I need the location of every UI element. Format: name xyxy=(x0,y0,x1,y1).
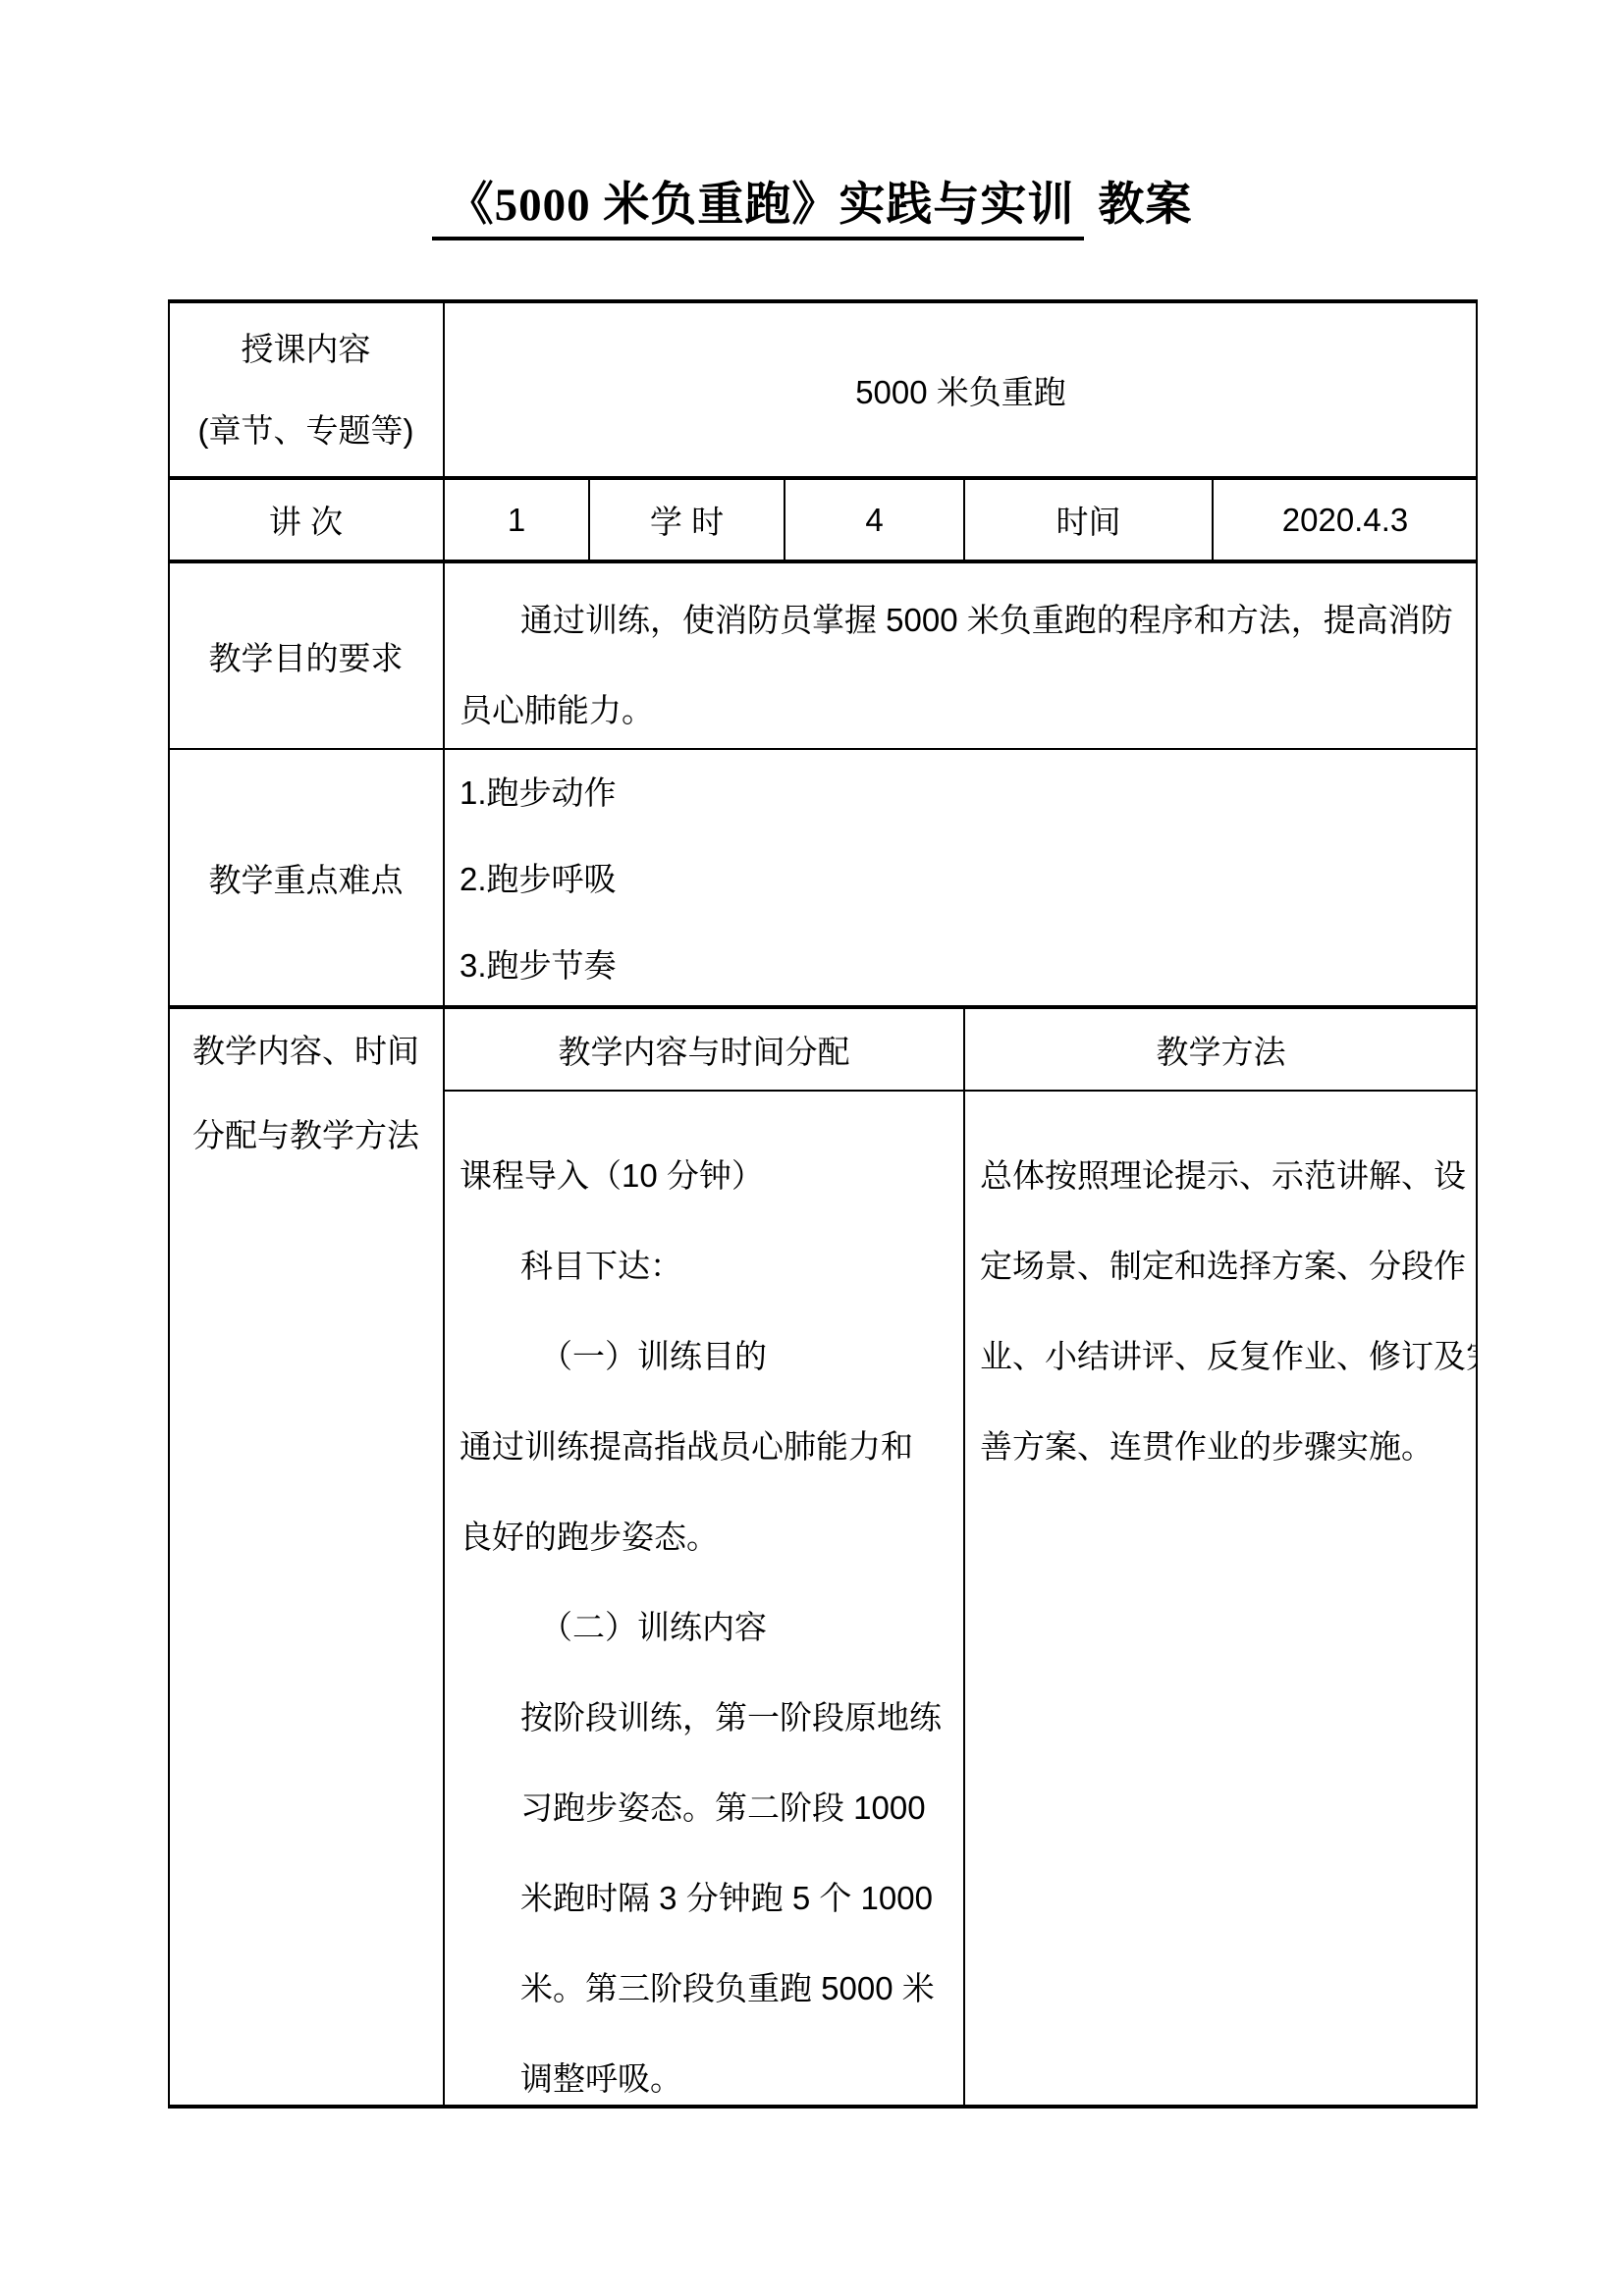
lesson-content-line: 通过训练提高指战员心肺能力和 xyxy=(460,1402,950,1492)
lesson-content-line: 米跑时隔 3 分钟跑 5 个 1000 xyxy=(520,1853,950,1944)
table-border-subheader xyxy=(444,1090,1478,1092)
table-border-right xyxy=(1476,299,1478,2109)
document-title-underlined: 《5000 米负重跑》实践与实训 xyxy=(432,180,1085,240)
table-border-row4-row5 xyxy=(168,1005,1478,1009)
teaching-objectives-label: 教学目的要求 xyxy=(209,633,404,679)
table-border-row3-row4 xyxy=(168,748,1478,750)
class-hours-label: 学 时 xyxy=(650,497,724,543)
cell-teaching-method: 总体按照理论提示、示范讲解、设定场景、制定和选择方案、分段作业、小结讲评、反复作… xyxy=(964,1092,1478,2109)
table-divider-row2-b xyxy=(784,476,785,561)
lesson-content-line: （二）训练内容 xyxy=(540,1582,950,1673)
method-header: 教学方法 xyxy=(1157,1027,1286,1073)
lesson-content-line: 米。第三阶段负重跑 5000 米 xyxy=(520,1944,950,2034)
table-divider-row2-d xyxy=(1212,476,1214,561)
course-content-label-line1: 授课内容 xyxy=(242,308,371,390)
teaching-objectives-text-line: 员心肺能力。 xyxy=(460,666,1462,748)
content-time-header: 教学内容与时间分配 xyxy=(559,1027,850,1073)
cell-date-label: 时间 xyxy=(964,480,1213,560)
cell-course-content-value: 5000 米负重跑 xyxy=(444,303,1478,476)
teaching-objectives-text-line: 通过训练，使消防员掌握 5000 米负重跑的程序和方法，提高消防 xyxy=(520,575,1462,666)
cell-lecture-number-label: 讲 次 xyxy=(168,480,444,560)
cell-method-header: 教学方法 xyxy=(964,1009,1478,1090)
cell-class-hours-value: 4 xyxy=(785,480,964,560)
cell-lesson-content: 课程导入（10 分钟）科目下达：（一）训练目的通过训练提高指战员心肺能力和良好的… xyxy=(444,1092,964,2109)
teaching-method-line: 善方案、连贯作业的步骤实施。 xyxy=(980,1402,1466,1492)
key-points-label: 教学重点难点 xyxy=(209,855,404,901)
lesson-content-line: 良好的跑步姿态。 xyxy=(460,1492,950,1582)
content-time-method-label-line1: 教学内容、时间 xyxy=(168,1009,444,1094)
cell-lecture-number-value: 1 xyxy=(444,480,589,560)
lecture-number-value: 1 xyxy=(508,502,525,539)
lecture-number-label: 讲 次 xyxy=(269,497,343,543)
document-title-tail: 教案 xyxy=(1098,180,1192,231)
lesson-content-line: 调整呼吸。 xyxy=(520,2034,950,2109)
cell-date-value: 2020.4.3 xyxy=(1213,480,1478,560)
document-title: 《5000 米负重跑》实践与实训教案 xyxy=(0,169,1624,241)
class-hours-value: 4 xyxy=(865,502,883,539)
table-border-left xyxy=(168,299,170,2109)
cell-key-points-label: 教学重点难点 xyxy=(168,750,444,1005)
cell-class-hours-label: 学 时 xyxy=(589,480,785,560)
teaching-method-line: 业、小结讲评、反复作业、修订及完 xyxy=(980,1311,1466,1402)
content-time-method-label-line2: 分配与教学方法 xyxy=(168,1094,444,1178)
teaching-method-line: 定场景、制定和选择方案、分段作 xyxy=(980,1221,1466,1311)
lesson-content-line: （一）训练目的 xyxy=(540,1311,950,1402)
course-content-value: 5000 米负重跑 xyxy=(855,367,1066,413)
table-divider-label-column xyxy=(443,299,445,2109)
cell-content-time-method-label: 教学内容、时间 分配与教学方法 xyxy=(168,1009,444,2109)
lesson-plan-table: 授课内容 (章节、专题等) 5000 米负重跑 讲 次 1 学 时 4 时间 2… xyxy=(168,299,1478,2109)
teaching-method-line: 总体按照理论提示、示范讲解、设 xyxy=(980,1131,1466,1221)
table-divider-method-column xyxy=(963,1005,965,2109)
document-page: 《5000 米负重跑》实践与实训教案 授课内容 (章节、专题等) 5000 米负… xyxy=(0,0,1624,2296)
date-value: 2020.4.3 xyxy=(1282,502,1408,539)
lesson-content-line: 科目下达： xyxy=(520,1221,950,1311)
cell-course-content-label: 授课内容 (章节、专题等) xyxy=(168,303,444,476)
lesson-content-line: 按阶段训练，第一阶段原地练 xyxy=(520,1673,950,1763)
lesson-content-line: 课程导入（10 分钟） xyxy=(460,1131,950,1221)
cell-content-time-header: 教学内容与时间分配 xyxy=(444,1009,964,1090)
key-point-item: 3.跑步节奏 xyxy=(460,923,1462,1005)
course-content-label-line2: (章节、专题等) xyxy=(198,390,414,471)
cell-key-points-list: 1.跑步动作2.跑步呼吸3.跑步节奏 xyxy=(444,750,1478,1005)
table-border-row2-row3 xyxy=(168,560,1478,563)
cell-teaching-objectives-text: 通过训练，使消防员掌握 5000 米负重跑的程序和方法，提高消防员心肺能力。 xyxy=(444,563,1478,748)
table-border-bottom xyxy=(168,2105,1478,2109)
table-divider-row2-a xyxy=(588,476,590,561)
key-point-item: 2.跑步呼吸 xyxy=(460,836,1462,923)
table-divider-row2-c xyxy=(963,476,965,561)
lesson-content-line: 习跑步姿态。第二阶段 1000 xyxy=(520,1763,950,1853)
date-label: 时间 xyxy=(1056,497,1121,543)
key-point-item: 1.跑步动作 xyxy=(460,750,1462,836)
table-border-top xyxy=(168,299,1478,303)
cell-teaching-objectives-label: 教学目的要求 xyxy=(168,563,444,748)
table-border-row1-row2 xyxy=(168,476,1478,480)
